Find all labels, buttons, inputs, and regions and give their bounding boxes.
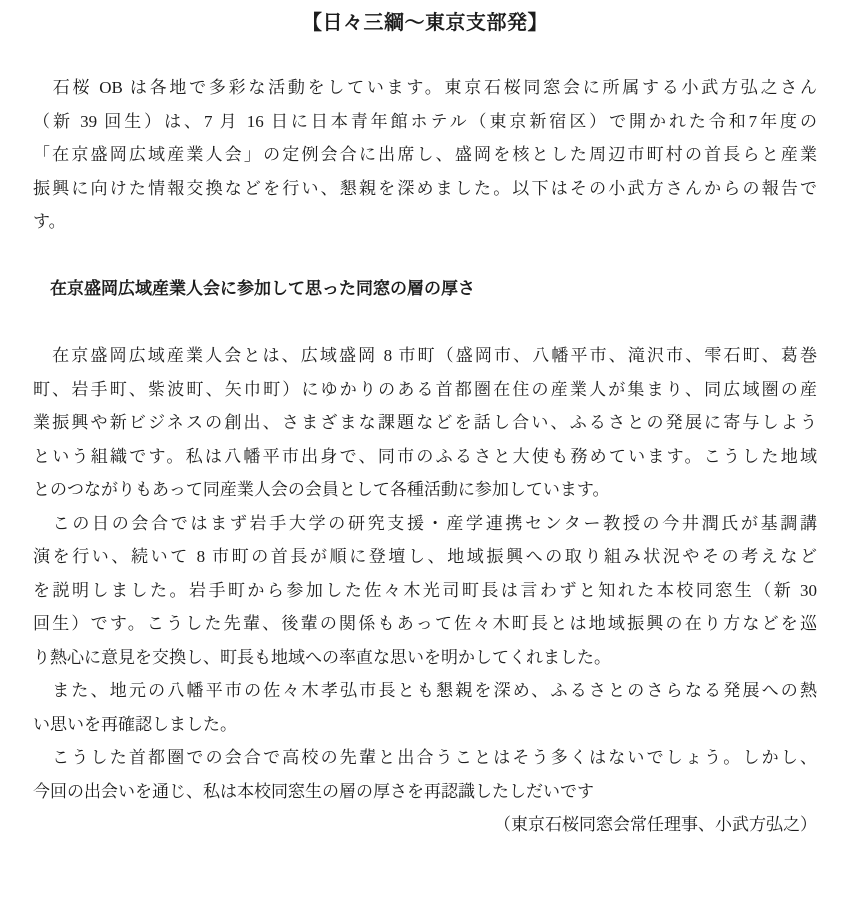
text-line: い思いを再確認しました。	[33, 708, 817, 742]
text-line: という組織です。私は八幡平市出身で、同市のふるさと大使も務めています。こうした地…	[33, 440, 817, 474]
text-line: （東京石桜同窓会常任理事、小武方弘之）	[33, 808, 817, 842]
document-title: 【日々三綱～東京支部発】	[33, 9, 817, 37]
text-line: 在京盛岡広域産業人会とは、広域盛岡 8 市町（盛岡市、八幡平市、滝沢市、雫石町、…	[33, 339, 817, 373]
text-line: 演を行い、続いて 8 市町の首長が順に登壇し、地域振興への取り組み状況やその考え…	[33, 540, 817, 574]
text-line: この日の会合ではまず岩手大学の研究支援・産学連携センター教授の今井潤氏が基調講	[33, 507, 817, 541]
text-line: す。	[33, 205, 817, 239]
paragraph: こうした首都圏での会合で高校の先輩と出合うことはそう多くはないでしょう。しかし、…	[33, 741, 817, 808]
paragraph: 石桜 OB は各地で多彩な活動をしています。東京石桜同窓会に所属する小武方弘之さ…	[33, 71, 817, 239]
text-line: り熱心に意見を交換し、町長も地域への率直な思いを明かしてくれました。	[33, 641, 817, 675]
text-line: 在京盛岡広域産業人会に参加して思った同窓の層の厚さ	[33, 272, 817, 306]
text-line: 回生）です。こうした先輩、後輩の関係もあって佐々木町長とは地域振興の在り方などを…	[33, 607, 817, 641]
signature-line: （東京石桜同窓会常任理事、小武方弘之）	[33, 808, 817, 842]
text-line: こうした首都圏での会合で高校の先輩と出合うことはそう多くはないでしょう。しかし、	[33, 741, 817, 775]
text-line: 「在京盛岡広域産業人会」の定例会合に出席し、盛岡を核とした周辺市町村の首長らと産…	[33, 138, 817, 172]
text-line: とのつながりもあって同産業人会の会員として各種活動に参加しています。	[33, 473, 817, 507]
text-line: を説明しました。岩手町から参加した佐々木光司町長は言わずと知れた本校同窓生（新 …	[33, 574, 817, 608]
text-line: また、地元の八幡平市の佐々木孝弘市長とも懇親を深め、ふるさとのさらなる発展への熱	[33, 674, 817, 708]
text-line: 石桜 OB は各地で多彩な活動をしています。東京石桜同窓会に所属する小武方弘之さ…	[33, 71, 817, 105]
paragraph: この日の会合ではまず岩手大学の研究支援・産学連携センター教授の今井潤氏が基調講演…	[33, 507, 817, 675]
section-heading: 在京盛岡広域産業人会に参加して思った同窓の層の厚さ	[33, 272, 817, 306]
text-line: 業振興や新ビジネスの創出、さまざまな課題などを話し合い、ふるさとの発展に寄与しよ…	[33, 406, 817, 440]
text-line: 振興に向けた情報交換などを行い、懇親を深めました。以下はその小武方さんからの報告…	[33, 172, 817, 206]
paragraph: また、地元の八幡平市の佐々木孝弘市長とも懇親を深め、ふるさとのさらなる発展への熱…	[33, 674, 817, 741]
text-line: 町、岩手町、紫波町、矢巾町）にゆかりのある首都圏在住の産業人が集まり、同広域圏の…	[33, 373, 817, 407]
text-line: 今回の出会いを通じ、私は本校同窓生の層の厚さを再認識したしだいです	[33, 775, 817, 809]
document-page: 【日々三綱～東京支部発】 石桜 OB は各地で多彩な活動をしています。東京石桜同…	[0, 0, 850, 907]
paragraph: 在京盛岡広域産業人会とは、広域盛岡 8 市町（盛岡市、八幡平市、滝沢市、雫石町、…	[33, 339, 817, 507]
text-line: （新 39 回生）は、7 月 16 日に日本青年館ホテル（東京新宿区）で開かれた…	[33, 105, 817, 139]
document-body: 石桜 OB は各地で多彩な活動をしています。東京石桜同窓会に所属する小武方弘之さ…	[33, 71, 817, 842]
